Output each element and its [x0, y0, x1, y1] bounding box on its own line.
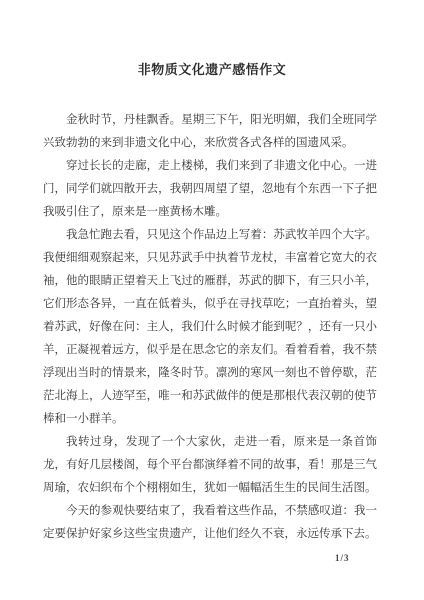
document-page: 非物质文化遗产感悟作文 金秋时节，丹桂飘香。星期三下午，阳光明媚，我们全班同学兴…: [0, 0, 424, 600]
essay-paragraph: 金秋时节，丹桂飘香。星期三下午，阳光明媚，我们全班同学兴致勃勃的来到非遗文化中心…: [43, 109, 377, 155]
page-title: 非物质文化遗产感悟作文: [0, 0, 424, 78]
page-indicator: 1/3: [335, 553, 350, 564]
essay-paragraph: 我急忙跑去看，只见这个作品边上写着：苏武牧羊四个大字。我便细细观察起来，只见苏武…: [43, 224, 377, 431]
essay-paragraph: 今天的参观快要结束了，我看着这些作品，不禁感叹道：我一定要保护好家乡这些宝贵遗产…: [43, 500, 377, 546]
essay-paragraph: 我转过身，发现了一个大家伙，走进一看，原来是一条首饰龙，有好几层楼阁，每个平台都…: [43, 431, 377, 500]
essay-body: 金秋时节，丹桂飘香。星期三下午，阳光明媚，我们全班同学兴致勃勃的来到非遗文化中心…: [43, 109, 377, 546]
essay-paragraph: 穿过长长的走廊，走上楼梯，我们来到了非遗文化中心。一进门，同学们就四散开去，我朝…: [43, 155, 377, 224]
